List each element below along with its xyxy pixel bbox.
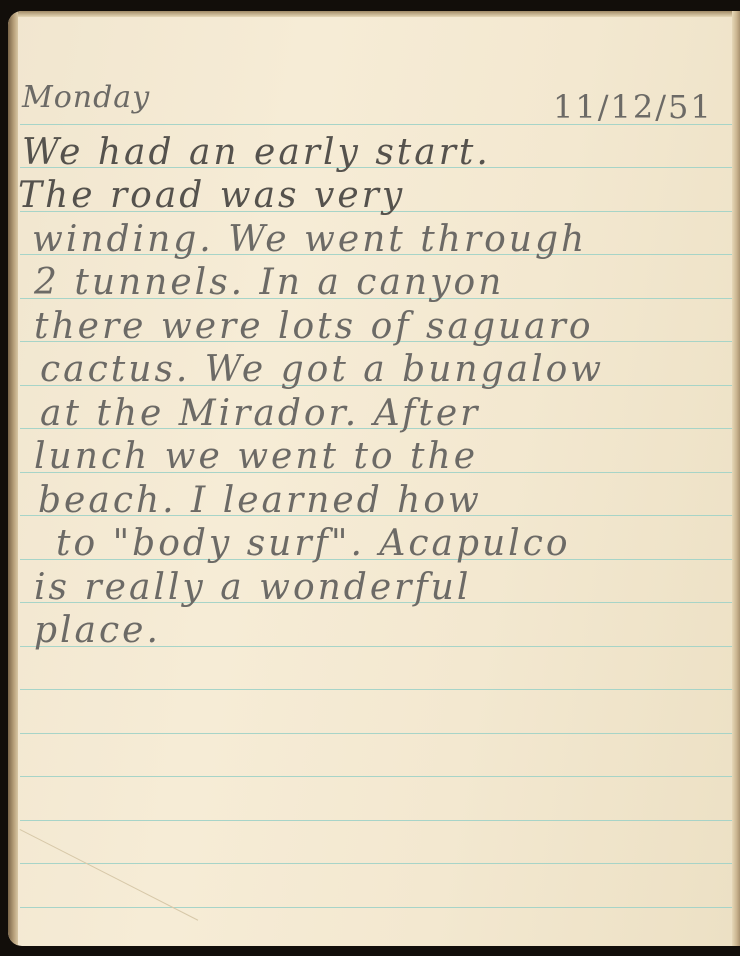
entry-line: The road was very [18, 178, 405, 214]
entry-line: lunch we went to the [34, 439, 478, 475]
entry-line: is really a wonderful [34, 570, 471, 606]
ruled-line [20, 776, 732, 777]
entry-line: winding. We went through [32, 222, 587, 258]
entry-line: place. [34, 613, 161, 649]
page-top-edge [18, 11, 740, 17]
notebook-page: Monday 11/12/51 We had an early start. T… [8, 11, 740, 946]
ruled-line [20, 863, 732, 864]
entry-line: beach. I learned how [38, 483, 482, 519]
ruled-line [20, 820, 732, 821]
entry-line: at the Mirador. After [40, 396, 480, 432]
ruled-line [20, 733, 732, 734]
ruled-line [20, 689, 732, 690]
entry-line: there were lots of saguaro [34, 309, 594, 345]
photo-frame: Monday 11/12/51 We had an early start. T… [0, 0, 740, 956]
page-right-edge [732, 11, 740, 946]
binding-edge [8, 11, 18, 946]
entry-date: 11/12/51 [553, 91, 713, 123]
ruled-line [20, 907, 732, 908]
entry-line: to "body surf". Acapulco [56, 526, 571, 562]
entry-line: 2 tunnels. In a canyon [34, 265, 504, 301]
entry-day: Monday [22, 83, 150, 113]
entry-line: We had an early start. [22, 135, 491, 171]
entry-line: cactus. We got a bungalow [40, 352, 604, 388]
